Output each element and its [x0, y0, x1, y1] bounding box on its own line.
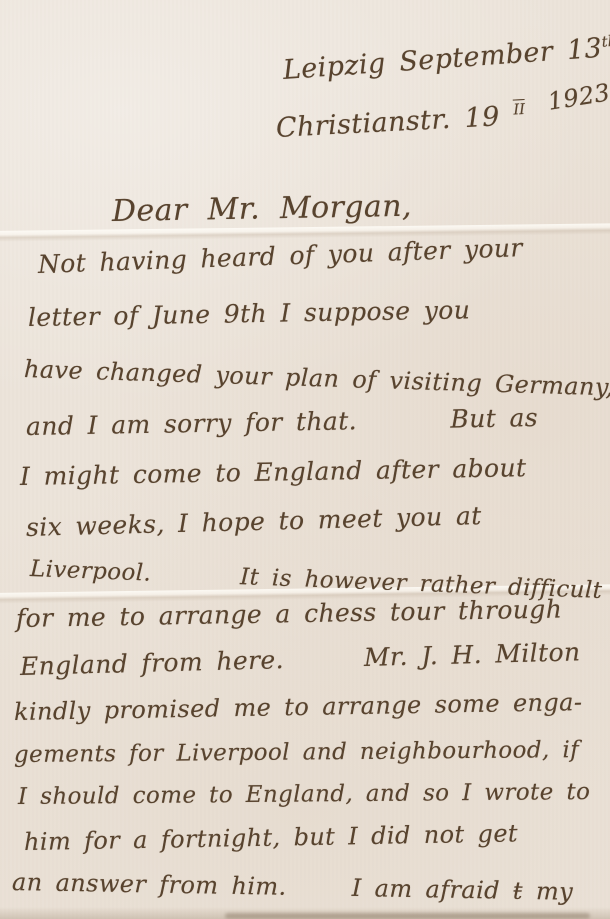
letter-line: have changed your plan of visiting Germa…	[24, 355, 610, 402]
dateline-suffix: th	[601, 32, 610, 51]
letter-line: England from here. Mr. J. H. Milton	[20, 637, 581, 681]
address-text: Christianstr. 19	[275, 101, 500, 144]
letter-line: and I am sorry for that. But as	[26, 403, 539, 441]
letter-line: him for a fortnight, but I did not get	[24, 819, 518, 856]
dateline-text: Leipzig September 13	[282, 33, 603, 86]
dateline: Leipzig September 13th	[282, 32, 610, 86]
letter-line: gements for Liverpool and neighbourhood,…	[14, 737, 579, 768]
page-bottom-edge	[0, 907, 610, 919]
letter-page: Leipzig September 13th 1923 Christianstr…	[0, 0, 610, 919]
salutation: Dear Mr. Morgan,	[112, 189, 412, 229]
address-suffix: II	[513, 100, 526, 119]
letter-line: I might come to England after about	[20, 453, 527, 491]
letter-line: letter of June 9th I suppose you	[28, 295, 471, 332]
letter-line: kindly promised me to arrange some enga-	[14, 688, 583, 726]
dateline-year: 1923	[546, 78, 610, 115]
letter-line: I should come to England, and so I wrote…	[18, 779, 591, 810]
letter-line: an answer from him. I am afraid ŧ my	[12, 868, 574, 906]
address-line: Christianstr. 19 II	[275, 100, 526, 144]
letter-line: six weeks, I hope to meet you at	[26, 501, 482, 542]
